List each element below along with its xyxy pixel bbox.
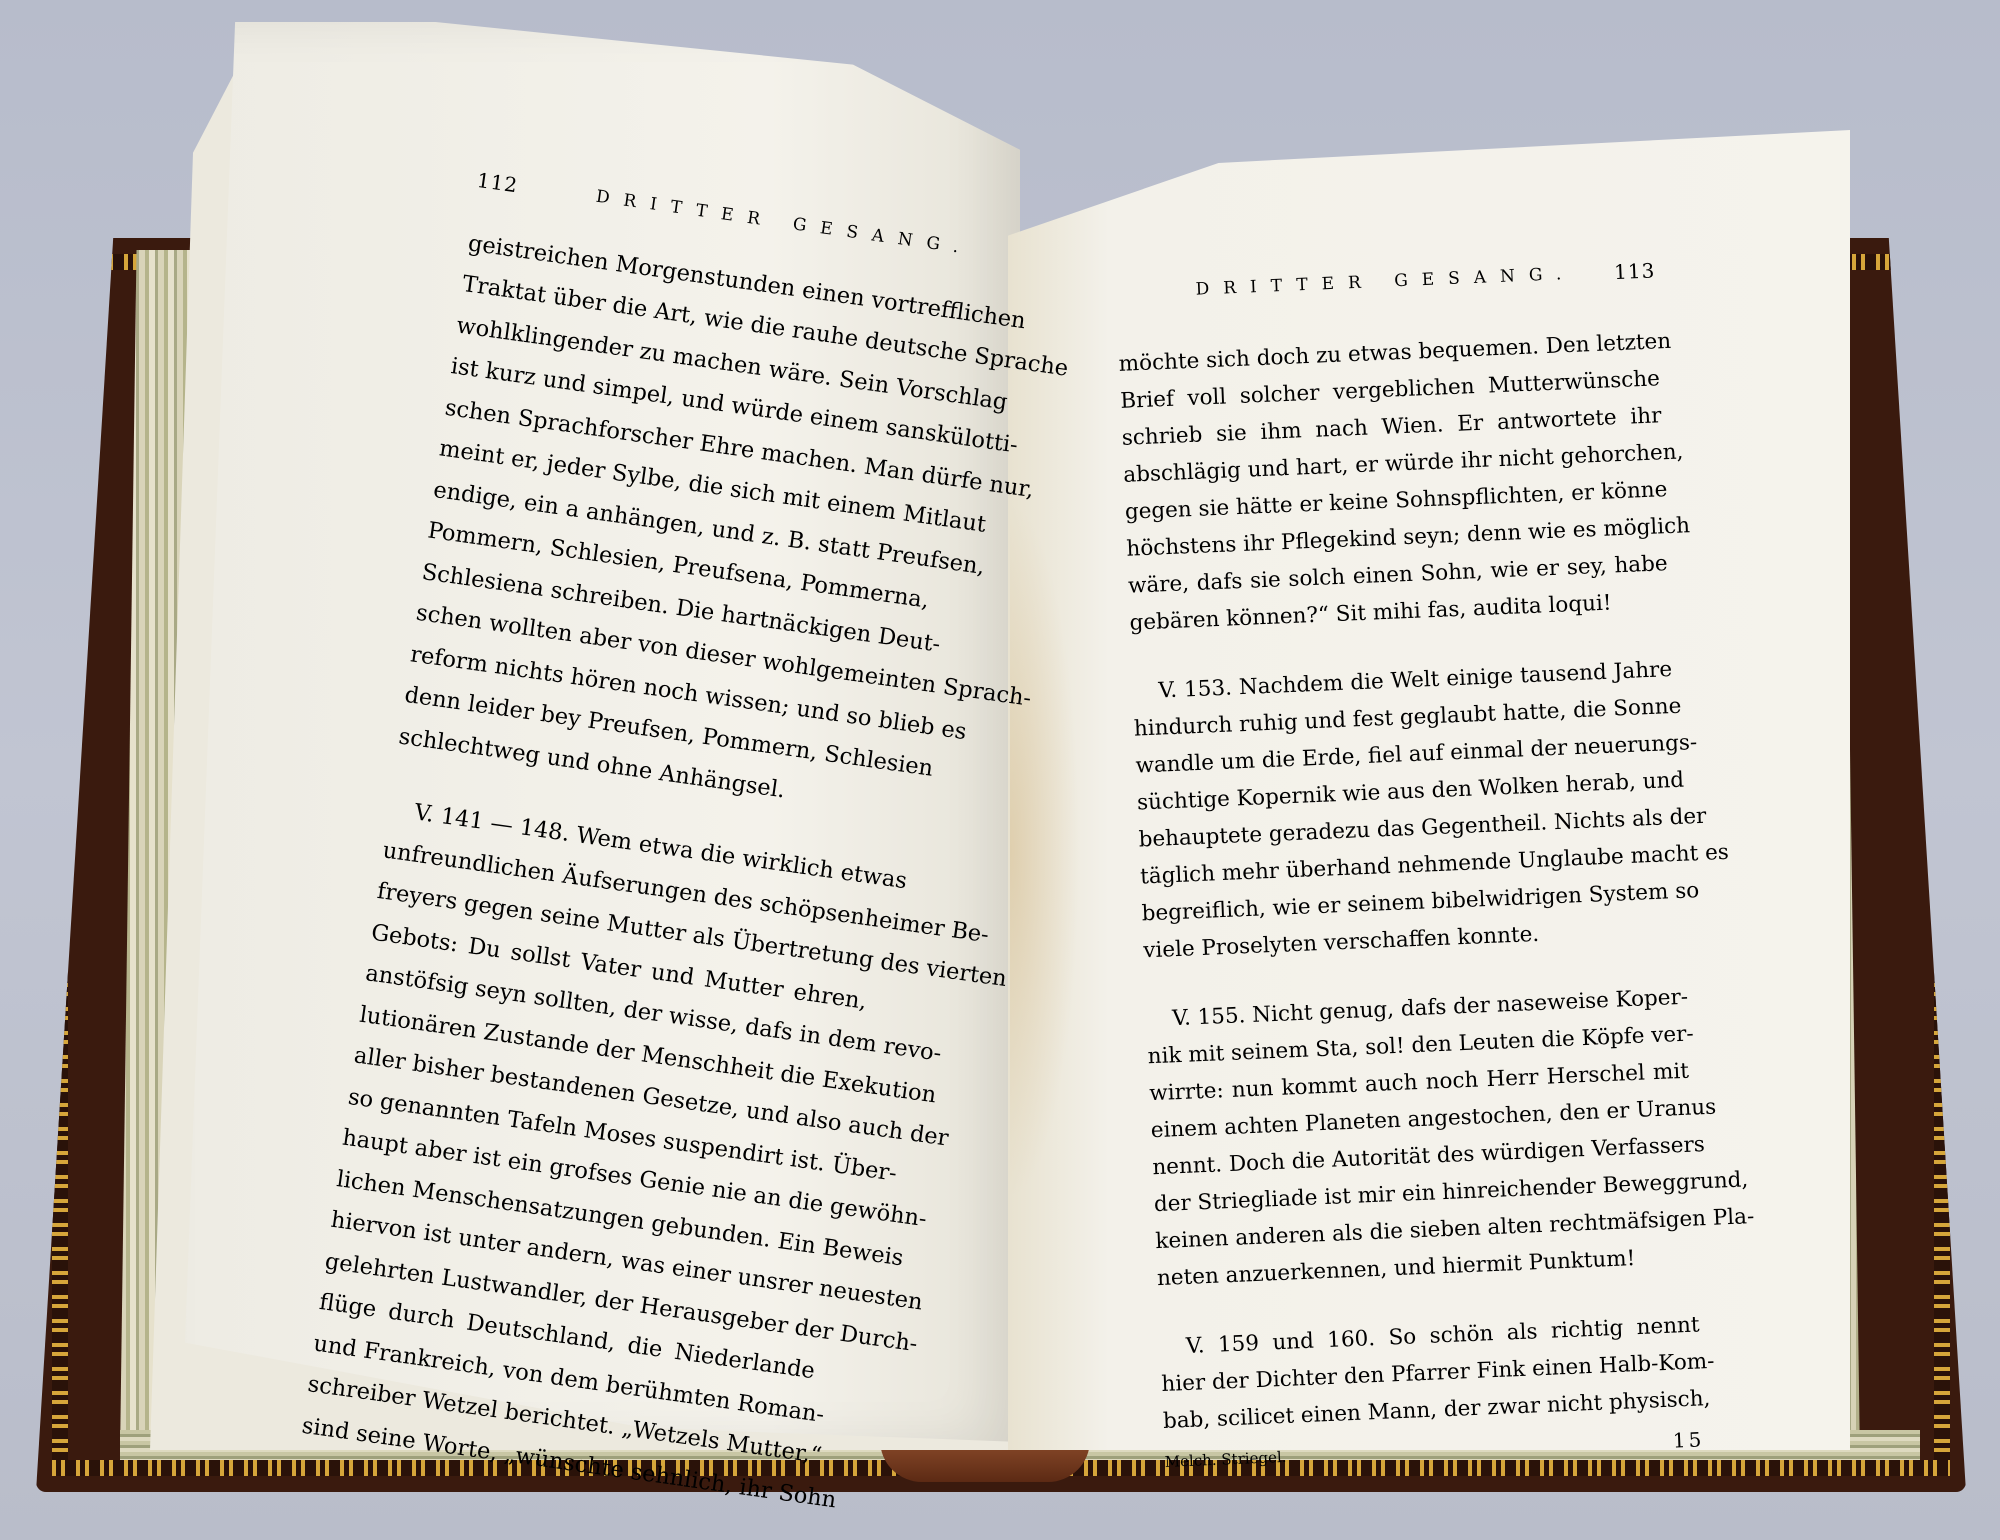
page-number: 112 bbox=[474, 160, 521, 207]
paragraph: V. 141 — 148. Wem etwa die wirklich etwa… bbox=[299, 789, 887, 1516]
paragraph: V. 155. Nicht genug, dafs der naseweise … bbox=[1145, 979, 1697, 1297]
paragraph: V. 159 und 160. So schön als richtig nen… bbox=[1159, 1306, 1703, 1440]
right-page-text: DRITTER GESANG. 113 möchte sich doch zu … bbox=[1115, 252, 1705, 1481]
signature-mark: Melch. Striegel. bbox=[1164, 1439, 1287, 1481]
sheet-number: 15 bbox=[1672, 1421, 1705, 1459]
paragraph: möchte sich doch zu etwas bequemen. Den … bbox=[1118, 323, 1670, 641]
paragraph: geistreichen Morgenstunden einen vortref… bbox=[396, 223, 966, 827]
paragraph: V. 153. Nachdem die Welt einige tausend … bbox=[1132, 651, 1684, 969]
book-photo: 112 DRITTER GESANG. geistreichen Morgens… bbox=[0, 0, 2000, 1540]
foxing-stain bbox=[1010, 500, 1080, 1200]
page-number: 113 bbox=[1613, 252, 1656, 291]
